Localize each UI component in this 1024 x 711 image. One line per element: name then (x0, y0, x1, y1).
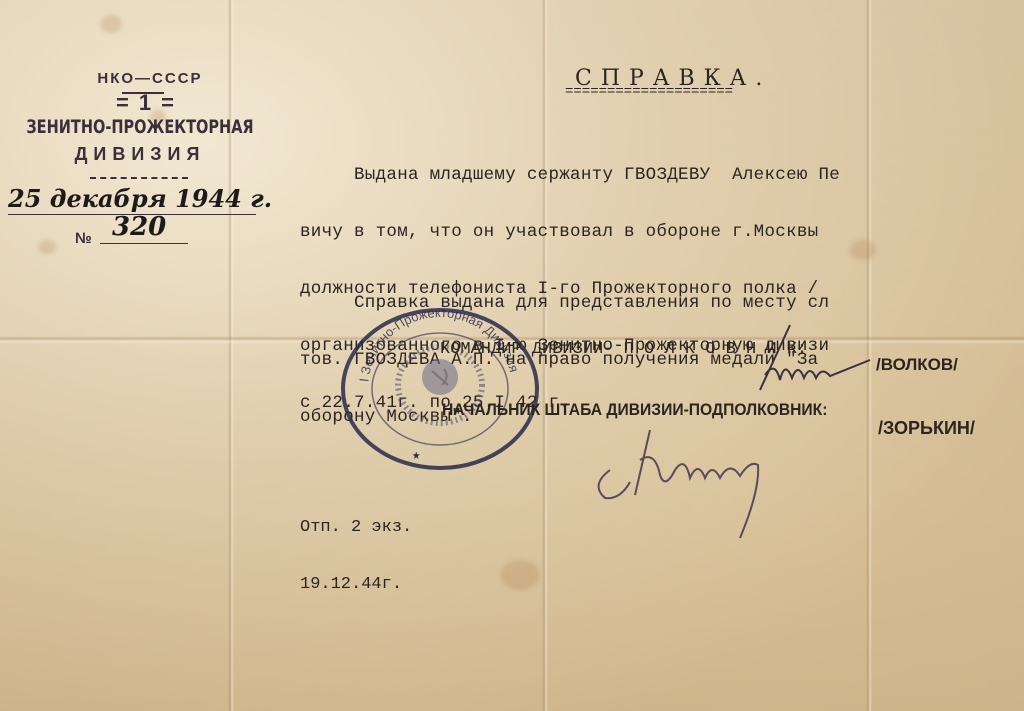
chief-of-staff-title: НАЧАЛЬНИК ШТАБА ДИВИЗИИ-ПОДПОЛКОВНИК: (442, 400, 827, 420)
unit-name-line1: ЗЕНИТНО-ПРОЖЕКТОРНАЯ (21, 116, 259, 138)
dispatch-note: Отп. 2 экз. 19.12.44г. (300, 480, 412, 613)
body-line: Выдана младшему сержанту ГВОЗДЕВУ Алексе… (300, 166, 840, 185)
stain (500, 560, 540, 590)
star-icon: ★ (412, 448, 421, 464)
dispatch-date: 19.12.44г. (300, 575, 412, 594)
official-seal: I Зенитно-Прожекторная Дивизия ★ (340, 307, 540, 471)
handwritten-date: 25 декабря 1944 г. (8, 184, 272, 213)
copies-count: Отп. 2 экз. (300, 518, 412, 537)
chief-of-staff-name: /ЗОРЬКИН/ (878, 418, 975, 439)
division-number: =1= (0, 90, 300, 116)
stain (38, 240, 56, 254)
body-line: вичу в том, что он участвовал в обороне … (300, 223, 840, 242)
commander-signature (730, 320, 890, 400)
divider (90, 177, 188, 179)
registration-label: № (75, 230, 92, 247)
registration-underline (100, 243, 188, 244)
unit-name-line2: ДИВИЗИЯ (0, 144, 280, 165)
chief-of-staff-signature (580, 420, 820, 540)
organization-name: НКО—СССР (0, 70, 300, 87)
stain (850, 240, 876, 260)
stain (100, 15, 122, 33)
registration-number: 320 (112, 212, 166, 242)
title-underline: ==================== (565, 88, 733, 96)
